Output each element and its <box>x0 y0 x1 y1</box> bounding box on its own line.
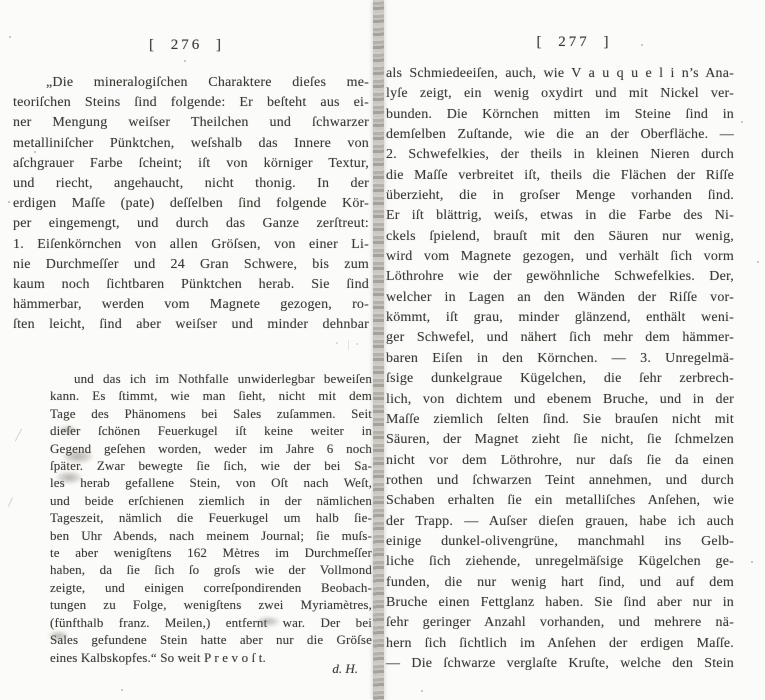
footnote-block: und das ich im Nothfalle unwiderlegbar b… <box>50 370 372 666</box>
ink-smudge <box>252 615 284 628</box>
text-line: Sales gefundene Stein hatte aber nur die… <box>50 631 372 648</box>
text-line: der Trapp. — Auſser dieſen grauen, habe … <box>386 512 734 532</box>
text-line: haben, da ſie ſich ſo groſs wie der Voll… <box>50 561 372 578</box>
text-line: nie Durchmeſſer und 24 Gran Schwere, bis… <box>13 255 369 275</box>
text-line: ckels ſpielend, brauſt mit den Säuren nu… <box>386 227 734 247</box>
paper-speck <box>421 690 423 692</box>
text-line: rothen und ſchwarzen Teint annehmen, und… <box>386 471 734 491</box>
text-line: die Maſſe verbreitet iſt, theils die Flä… <box>386 166 734 186</box>
text-line: les herab gefallene Stein, von Oſt nach … <box>50 474 372 491</box>
text-line: — Die ſchwarze verglaſte Kruſte, welche … <box>386 654 734 674</box>
paper-speck <box>34 151 36 153</box>
text-line: teoriſchen Steins ſind folgende: Er beſt… <box>13 93 369 113</box>
text-line: baren Eiſen in den Körnchen. — 3. Unrege… <box>386 349 734 369</box>
text-line: Tageszeit, nämlich die Feuerkugel um hal… <box>50 509 372 526</box>
editor-signature: d. H. <box>0 661 358 677</box>
page-right-277: [ 277 ] als Schmiedeeiſen, auch, wie V a… <box>383 0 765 700</box>
text-line: demſelben Zuſtande, wie die an der Oberf… <box>386 125 734 145</box>
text-line: 2. Schwefelkies, der theils in kleinen N… <box>386 145 734 165</box>
text-line: kömmt, iſt grau, minder glänzend, enthäl… <box>386 308 734 328</box>
text-line: ſehr geringer Anzahl vorhanden, und mehr… <box>386 613 734 633</box>
paper-speck <box>757 261 759 263</box>
paper-speck <box>741 121 743 123</box>
text-line: hern ſich ſichtlich im Anſehen der erdig… <box>386 634 734 654</box>
text-line: ſpäter. Zwar bewegte ſie ſich, wie der b… <box>50 457 372 474</box>
main-text-block-left: „Die mineralogiſchen Charaktere dieſes m… <box>13 73 369 336</box>
text-line: Löthrohre wie der gewöhnliche Schwefelki… <box>386 267 734 287</box>
paper-speck <box>751 561 753 563</box>
page-number-left: [ 276 ] <box>0 37 373 54</box>
text-line: metalliniſcher Pünktchen, weſshalb das I… <box>13 134 369 154</box>
text-line: Er iſt blättrig, weiſs, etwas in die Far… <box>386 206 734 226</box>
text-line: Säuren, der Magnet zieht ſie nicht, ſie … <box>386 430 734 450</box>
text-line: erdigen Maſſe (pate) deſſelben ſind folg… <box>13 194 369 214</box>
paper-speck <box>9 36 11 38</box>
text-line: wird vom Magnete gezogen, und verhält ſi… <box>386 247 734 267</box>
text-line: zeigte, und einigen correſpondirenden Be… <box>50 579 372 596</box>
text-line: als Schmiedeeiſen, auch, wie V a u q u e… <box>386 64 734 84</box>
text-line: ſsige dunkelgraue Kügelchen, die ſehr ze… <box>386 369 734 389</box>
text-line: kann. Es ſtimmt, wie man ſieht, nicht mi… <box>50 387 372 404</box>
paper-speck <box>8 201 10 203</box>
text-line: und beide erſchienen ziemlich in der näm… <box>50 492 372 509</box>
text-line: liche ſich ziehende, unregelmäſsige Küge… <box>386 552 734 572</box>
text-line: hämmerbar, werden vom Magnete gezogen, r… <box>13 295 369 315</box>
page-number-right: [ 277 ] <box>383 34 765 51</box>
text-line: te aber wenigſtens 162 Mètres im Durchme… <box>50 544 372 561</box>
text-line: dieſer ſchönen Feuerkugel iſt keine weit… <box>50 422 372 439</box>
main-text-block-right: als Schmiedeeiſen, auch, wie V a u q u e… <box>386 64 734 674</box>
text-line: einige dunkel-olivengrüne, manchmahl ins… <box>386 532 734 552</box>
text-line: bunden. Die Körnchen mitten im Steine ſi… <box>386 105 734 125</box>
text-line: Tage des Phänomens bei Sales zuſammen. S… <box>50 405 372 422</box>
paper-speck <box>121 689 123 691</box>
text-line: ner Mengung weiſser Theilchen und ſchwar… <box>13 113 369 133</box>
text-line: nicht vor dem Löthrohre, nur daſs ſie da… <box>386 451 734 471</box>
page-left-276: [ 276 ] „Die mineralogiſchen Charaktere … <box>0 0 373 700</box>
text-line: Maſſe ziemlich ſelten ſind. Sie brauſen … <box>386 410 734 430</box>
text-line: welcher in Lagen an den Wänden der Riſſe… <box>386 288 734 308</box>
paper-speck <box>641 44 643 46</box>
ink-smudge <box>45 629 72 643</box>
text-line: kaum noch ſichtbaren Pünktchen herab. Si… <box>13 275 369 295</box>
text-line: ſten leicht, ſind aber weiſser und minde… <box>13 315 369 335</box>
paper-blemish <box>336 342 338 344</box>
text-line: und das ich im Nothfalle unwiderlegbar b… <box>50 370 372 387</box>
text-line: 1. Eiſenkörnchen von allen Gröſsen, von … <box>13 235 369 255</box>
text-line: ben Uhr Abends, nach meinem Journal; ſie… <box>50 527 372 544</box>
text-line: Schaben erhalten ſie ein metalliſches An… <box>386 491 734 511</box>
paper-blemish <box>348 340 349 350</box>
ink-smudge <box>57 447 99 466</box>
text-line: und riecht, angehaucht, nicht thonig. In… <box>13 174 369 194</box>
book-scan: [ 276 ] „Die mineralogiſchen Charaktere … <box>0 0 765 700</box>
text-line: per eingemengt, und durch das Ganze zerſ… <box>13 214 369 234</box>
text-line: (fünfthalb franz. Meilen,) entfernt war.… <box>50 614 372 631</box>
paper-speck <box>184 60 186 62</box>
ink-smudge <box>56 424 80 436</box>
paper-blemish <box>356 343 358 345</box>
text-line: lyſe zeigt, ein wenig oxydirt und mit Ni… <box>386 84 734 104</box>
text-line: lich, von dichtem und ebenem Bruche, und… <box>386 390 734 410</box>
text-line: Bruche einen Fettglanz haben. Sie ſind a… <box>386 593 734 613</box>
ink-smudge <box>51 469 87 486</box>
text-line: „Die mineralogiſchen Charaktere dieſes m… <box>13 73 369 93</box>
text-line: überzieht, die in groſser Menge vorhande… <box>386 186 734 206</box>
text-line: tungen zu Folge, wenigſtens zwei Myriamè… <box>50 596 372 613</box>
text-line: funden, die nur wenig hart ſind, und auf… <box>386 573 734 593</box>
text-line: ger Schwefel, und nähert ſich mehr dem h… <box>386 328 734 348</box>
text-line: aſchgrauer Farbe ſcheint; iſt von körnig… <box>13 154 369 174</box>
